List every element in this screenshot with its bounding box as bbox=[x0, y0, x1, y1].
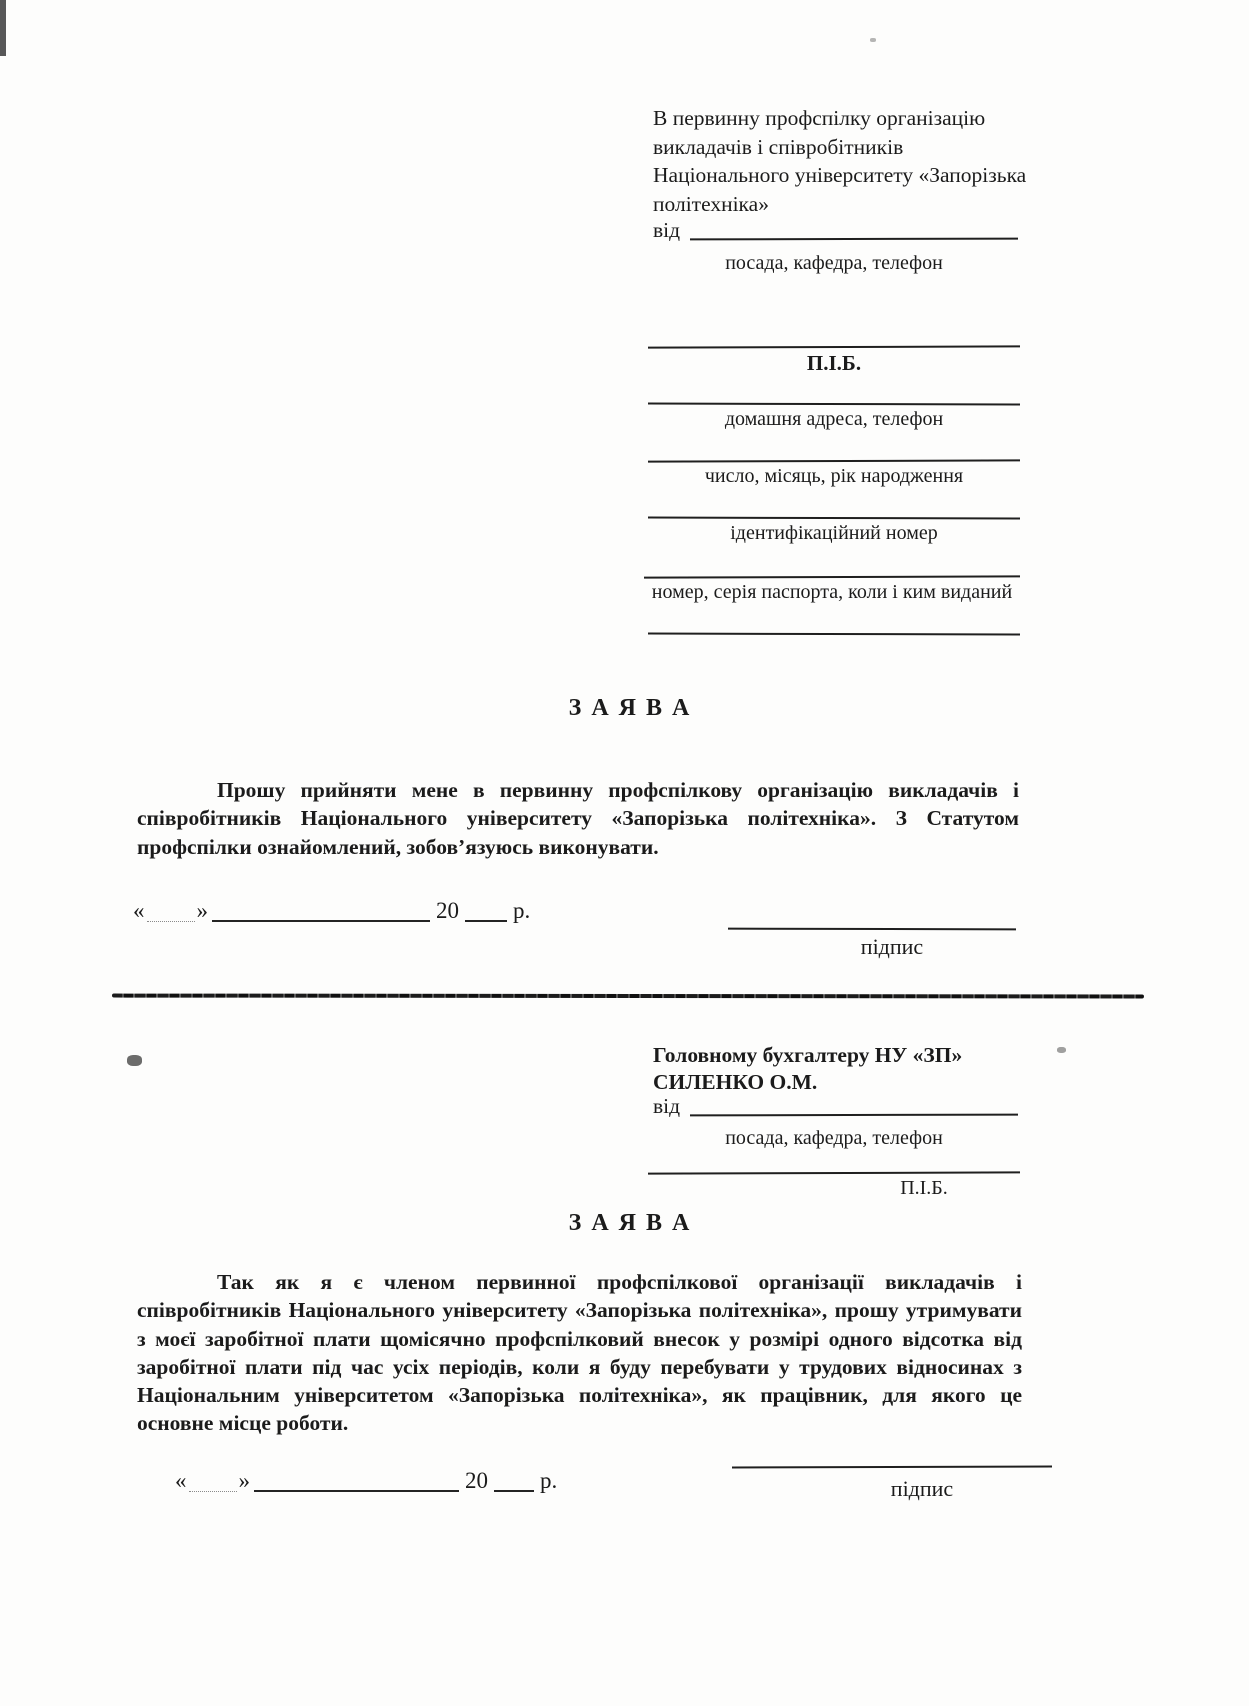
year-blank-line bbox=[465, 916, 507, 922]
statement-title-2: З А Я В А bbox=[420, 1210, 840, 1237]
field-label-name: П.І.Б. bbox=[648, 1177, 1110, 1200]
fill-in-line bbox=[644, 575, 1020, 578]
month-blank-line bbox=[212, 916, 430, 922]
scan-artifact-speck bbox=[870, 38, 876, 42]
field-label-id-number: ідентифікаційний номер bbox=[648, 522, 1020, 545]
day-blank bbox=[189, 1488, 237, 1492]
scanned-application-form: В первинну профспілку організацію виклад… bbox=[0, 0, 1249, 1706]
date-row-1: « » 20 р. bbox=[133, 898, 573, 924]
fill-in-line bbox=[648, 1171, 1020, 1174]
month-blank-line bbox=[254, 1486, 459, 1492]
recipient-line: СИЛЕНКО О.М. bbox=[653, 1069, 1088, 1096]
page-separator-line bbox=[112, 994, 1144, 999]
date-row-2: « » 20 р. bbox=[175, 1468, 595, 1494]
signature-label-1: підпис bbox=[728, 934, 1036, 960]
fill-in-line bbox=[648, 345, 1020, 348]
from-label: від bbox=[653, 218, 680, 243]
recipient-line: Головному бухгалтеру НУ «ЗП» bbox=[653, 1042, 1088, 1069]
field-label-passport: номер, серія паспорта, коли і ким видани… bbox=[640, 581, 1024, 604]
statement-title-1: З А Я В А bbox=[420, 695, 840, 722]
fill-in-line bbox=[690, 1114, 1018, 1117]
close-quote: » bbox=[239, 1468, 251, 1494]
open-quote: « bbox=[175, 1468, 187, 1494]
year-suffix: р. bbox=[511, 898, 532, 924]
field-label-home-address: домашня адреса, телефон bbox=[648, 408, 1020, 431]
fill-in-line bbox=[648, 633, 1020, 636]
from-label: від bbox=[653, 1094, 680, 1119]
year-suffix: р. bbox=[538, 1468, 559, 1494]
recipient-block-1: В первинну профспілку організацію виклад… bbox=[653, 104, 1088, 218]
recipient-line: Національного університету «Запорізька bbox=[653, 161, 1088, 190]
field-label-birth-date: число, місяць, рік народження bbox=[648, 465, 1020, 488]
recipient-line: викладачів і співробітників bbox=[653, 133, 1088, 162]
recipient-block-2: Головному бухгалтеру НУ «ЗП» СИЛЕНКО О.М… bbox=[653, 1042, 1088, 1096]
recipient-line: політехніка» bbox=[653, 190, 1088, 219]
open-quote: « bbox=[133, 898, 145, 924]
signature-line-1 bbox=[728, 928, 1016, 931]
year-prefix: 20 bbox=[434, 898, 461, 924]
field-label-position: посада, кафедра, телефон bbox=[648, 1127, 1020, 1150]
statement-body-2: Так як я є членом первинної профспілково… bbox=[137, 1268, 1022, 1438]
field-label-position: посада, кафедра, телефон bbox=[648, 252, 1020, 275]
from-row-1: від bbox=[653, 218, 1018, 243]
signature-line-2 bbox=[732, 1465, 1052, 1468]
from-row-2: від bbox=[653, 1094, 1018, 1119]
year-blank-line bbox=[494, 1486, 534, 1492]
fill-in-line bbox=[648, 403, 1020, 406]
fill-in-line bbox=[648, 459, 1020, 462]
field-label-name: П.І.Б. bbox=[648, 351, 1020, 376]
statement-body-1: Прошу прийняти мене в первинну профспілк… bbox=[137, 776, 1019, 861]
day-blank bbox=[147, 918, 195, 922]
fill-in-line bbox=[648, 517, 1020, 520]
scan-artifact-corner bbox=[0, 0, 6, 56]
fill-in-line bbox=[690, 238, 1018, 241]
scan-artifact-blot-left bbox=[127, 1055, 142, 1066]
signature-label-2: підпис bbox=[732, 1476, 1082, 1502]
recipient-line: В первинну профспілку організацію bbox=[653, 104, 1088, 133]
close-quote: » bbox=[197, 898, 209, 924]
year-prefix: 20 bbox=[463, 1468, 490, 1494]
